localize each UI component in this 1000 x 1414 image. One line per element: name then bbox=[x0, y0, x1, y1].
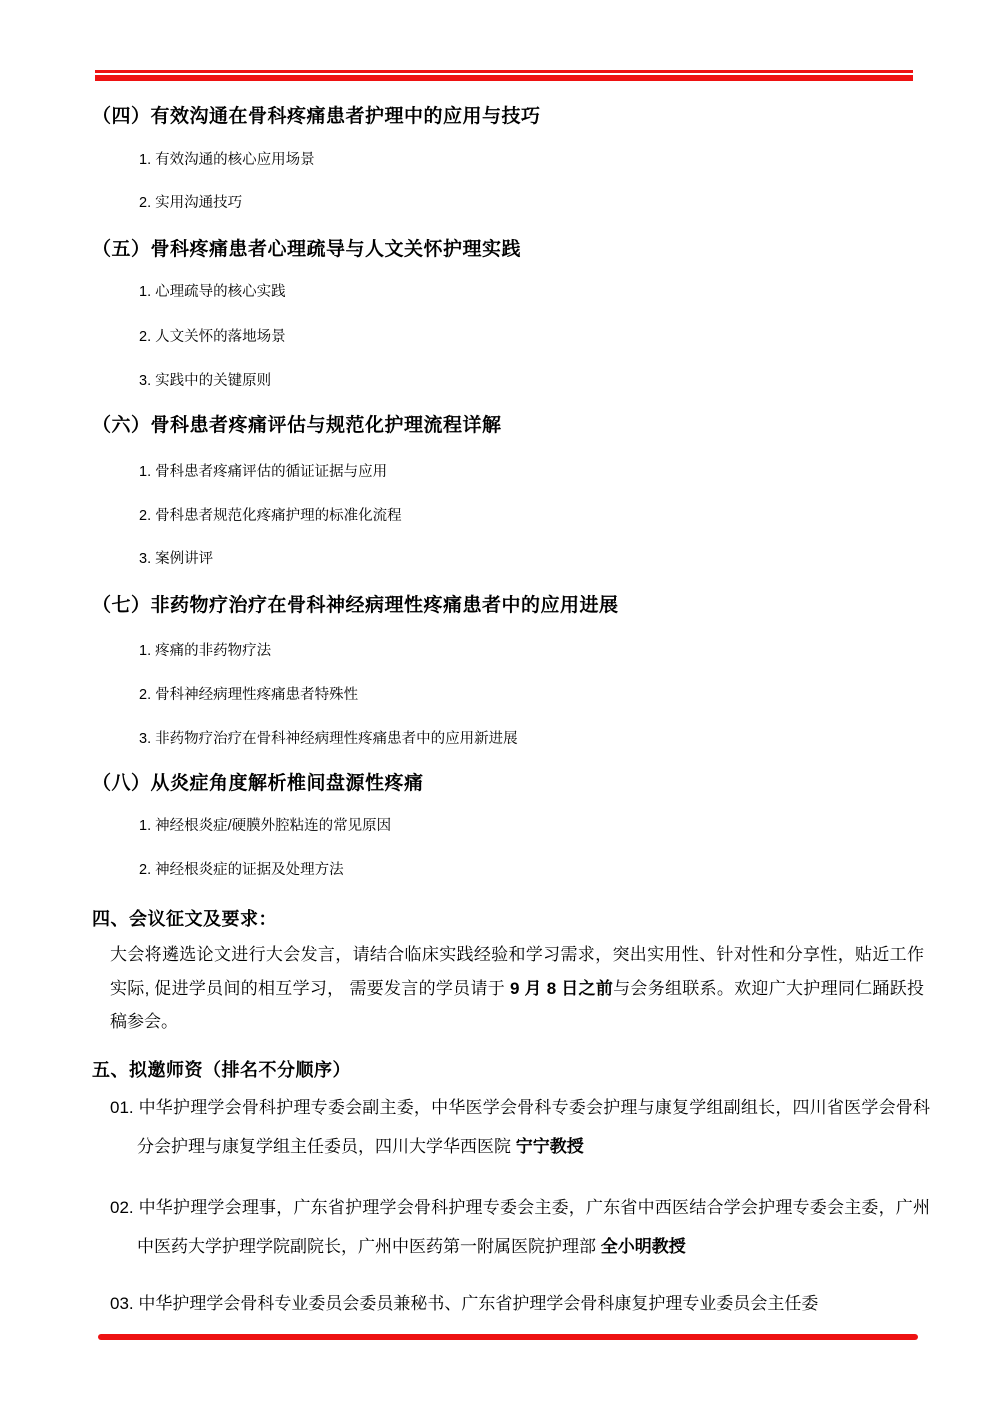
faculty-item: 01. 中华护理学会骨科护理专委会副主委，中华医学会骨科专委会护理与康复学组副组… bbox=[110, 1088, 930, 1166]
agenda-item: 3. 非药物疗治疗在骨科神经病理性疼痛患者中的应用新进展 bbox=[139, 727, 518, 748]
top-divider-line bbox=[95, 70, 913, 81]
agenda-item: 2. 人文关怀的落地场景 bbox=[139, 325, 286, 346]
agenda-item: 1. 心理疏导的核心实践 bbox=[139, 280, 286, 301]
bottom-divider-line bbox=[98, 1334, 918, 1340]
agenda-item: 1. 骨科患者疼痛评估的循证证据与应用 bbox=[139, 460, 387, 481]
faculty-item-text: 中华护理学会骨科专业委员会委员兼秘书、广东省护理学会骨科康复护理专业委员会主任委 bbox=[134, 1294, 819, 1313]
call-for-papers-body: 大会将遴选论文进行大会发言，请结合临床实践经验和学习需求，突出实用性、针对性和分… bbox=[110, 938, 924, 1039]
professor-name: 全小明教授 bbox=[601, 1237, 686, 1256]
agenda-item: 1. 神经根炎症/硬膜外腔粘连的常见原因 bbox=[139, 814, 391, 835]
agenda-item: 2. 神经根炎症的证据及处理方法 bbox=[139, 858, 344, 879]
agenda-item: 1. 有效沟通的核心应用场景 bbox=[139, 148, 315, 169]
agenda-item: 2. 骨科神经病理性疼痛患者特殊性 bbox=[139, 683, 358, 704]
faculty-item: 03. 中华护理学会骨科专业委员会委员兼秘书、广东省护理学会骨科康复护理专业委员… bbox=[110, 1284, 930, 1323]
section-heading: （四）有效沟通在骨科疼痛患者护理中的应用与技巧 bbox=[92, 101, 541, 128]
faculty-item-number: 02. bbox=[110, 1198, 134, 1217]
faculty-item-number: 01. bbox=[110, 1098, 134, 1117]
agenda-item: 3. 实践中的关键原则 bbox=[139, 369, 271, 390]
professor-name: 宁宁教授 bbox=[516, 1137, 584, 1156]
agenda-item: 3. 案例讲评 bbox=[139, 547, 213, 568]
faculty-heading: 五、拟邀师资（排名不分顺序） bbox=[92, 1056, 351, 1082]
section-heading: （六）骨科患者疼痛评估与规范化护理流程详解 bbox=[92, 410, 502, 437]
faculty-item-text: 中华护理学会理事，广东省护理学会骨科护理专委会主委，广东省中西医结合学会护理专委… bbox=[134, 1198, 930, 1256]
faculty-item: 02. 中华护理学会理事，广东省护理学会骨科护理专委会主委，广东省中西医结合学会… bbox=[110, 1188, 930, 1266]
agenda-item: 2. 骨科患者规范化疼痛护理的标准化流程 bbox=[139, 504, 402, 525]
call-for-papers-heading: 四、会议征文及要求： bbox=[92, 905, 277, 931]
section-heading: （五）骨科疼痛患者心理疏导与人文关怀护理实践 bbox=[92, 234, 521, 261]
faculty-item-number: 03. bbox=[110, 1294, 134, 1313]
section-heading: （八）从炎症角度解析椎间盘源性疼痛 bbox=[92, 768, 424, 795]
document-page: （四）有效沟通在骨科疼痛患者护理中的应用与技巧 1. 有效沟通的核心应用场景 2… bbox=[0, 0, 1000, 1414]
agenda-item: 1. 疼痛的非药物疗法 bbox=[139, 639, 271, 660]
agenda-item: 2. 实用沟通技巧 bbox=[139, 191, 242, 212]
section-heading: （七）非药物疗治疗在骨科神经病理性疼痛患者中的应用进展 bbox=[92, 590, 619, 617]
deadline-emphasis: 9 月 8 日之前 bbox=[510, 979, 613, 998]
